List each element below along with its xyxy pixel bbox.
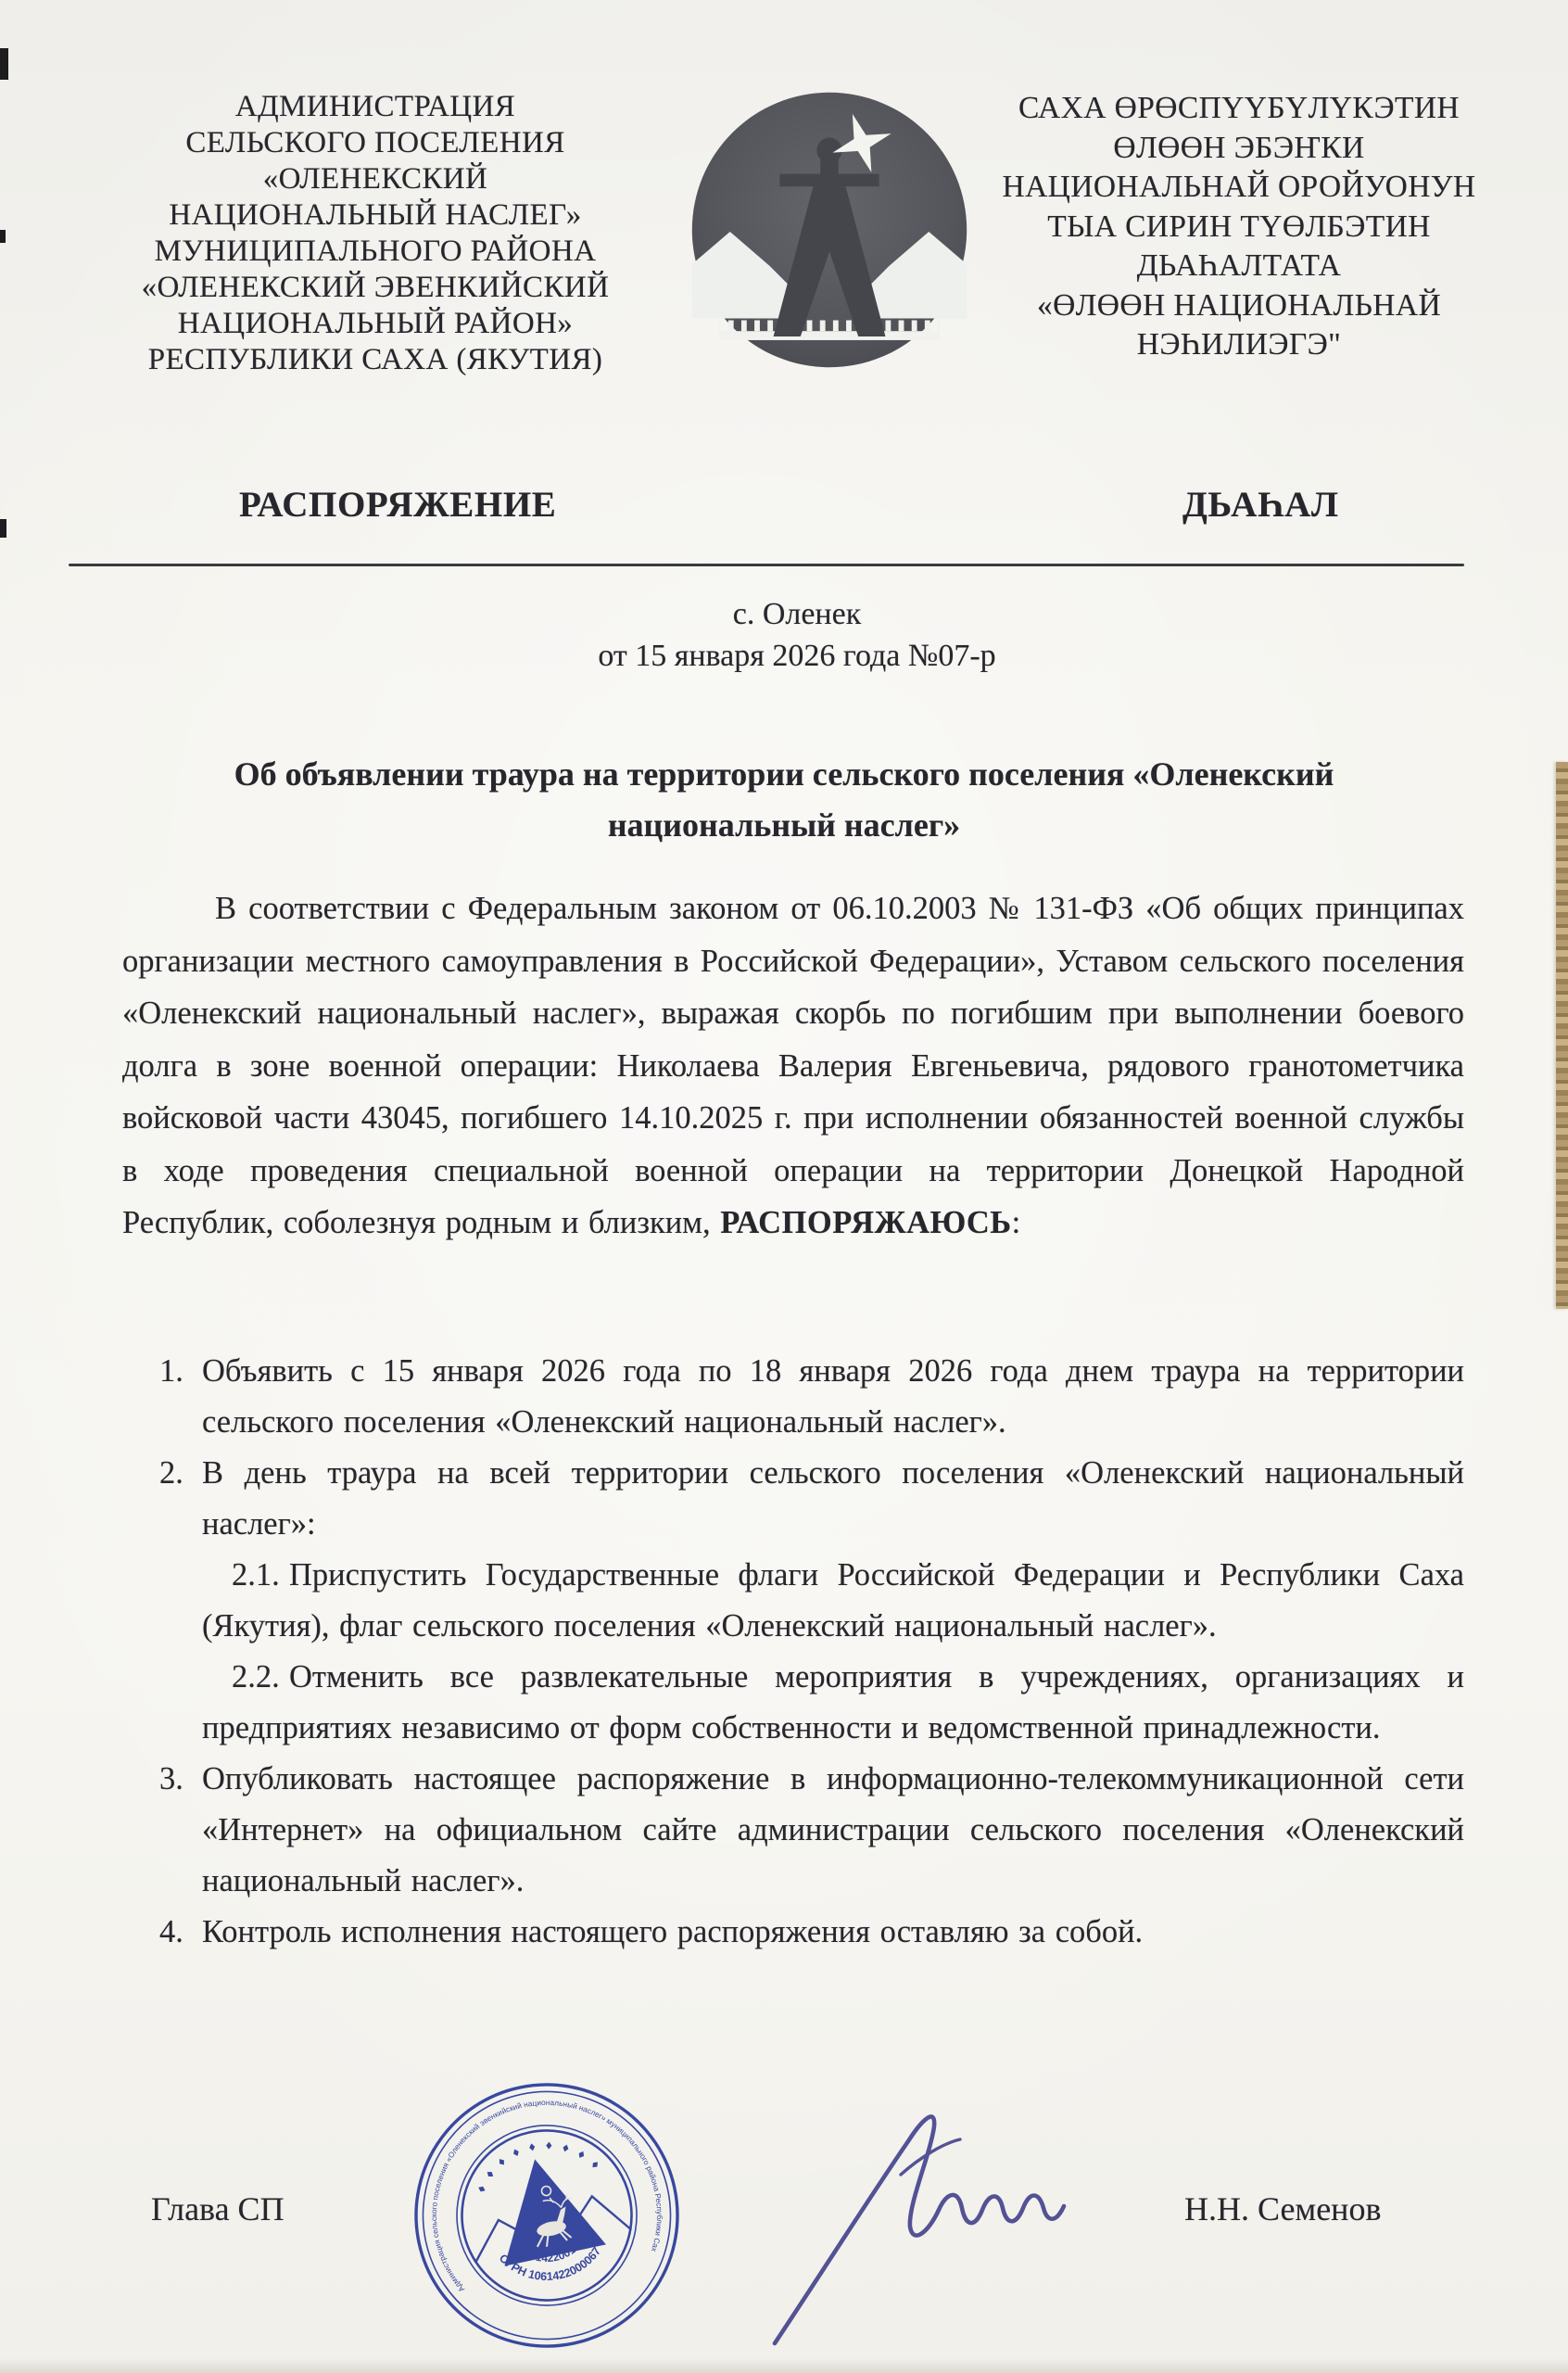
directive-number: 1. bbox=[159, 1346, 183, 1397]
body-paragraph: В соответствии с Федеральным законом от … bbox=[122, 882, 1464, 1250]
scanned-document-page: АДМИНИСТРАЦИЯ СЕЛЬСКОГО ПОСЕЛЕНИЯ «ОЛЕНЕ… bbox=[0, 0, 1568, 2373]
subject-title: Об объявлении траура на территории сельс… bbox=[205, 749, 1363, 851]
doc-type-russian: РАСПОРЯЖЕНИЕ bbox=[239, 484, 556, 526]
directive-text: В день траура на всей территории сельско… bbox=[202, 1455, 1464, 1542]
date-number: от 15 января 2026 года №07-р bbox=[0, 635, 1568, 677]
signer-name: Н.Н. Семенов bbox=[1184, 2189, 1381, 2228]
directive-subitem: 2.1. Приспустить Государственные флаги Р… bbox=[122, 1550, 1464, 1652]
body-text: В соответствии с Федеральным законом от … bbox=[122, 891, 1464, 1240]
directive-text: Опубликовать настоящее распоряжение в ин… bbox=[202, 1761, 1464, 1898]
directives-list: 1. Объявить с 15 января 2026 года по 18 … bbox=[122, 1346, 1464, 1958]
org-name-russian: АДМИНИСТРАЦИЯ СЕЛЬСКОГО ПОСЕЛЕНИЯ «ОЛЕНЕ… bbox=[93, 89, 658, 378]
signer-position: Глава СП bbox=[151, 2189, 285, 2228]
org-name-sakha: САХА ӨРӨСПҮҮБҮЛҮКЭТИН ӨЛӨӨН ЭБЭҤКИ НАЦИО… bbox=[975, 89, 1503, 365]
scan-speck bbox=[0, 230, 6, 243]
directive-text: Объявить с 15 января 2026 года по 18 янв… bbox=[202, 1353, 1464, 1440]
official-round-stamp: Администрация сельского поселения «Олене… bbox=[397, 2065, 697, 2366]
directive-subitem: 2.2. Отменить все развлекательные меропр… bbox=[122, 1652, 1464, 1754]
page-bottom-shadow bbox=[0, 2358, 1568, 2373]
directive-number: 2.2. bbox=[145, 1652, 280, 1703]
place: с. Оленек bbox=[0, 593, 1568, 635]
place-date-block: с. Оленек от 15 января 2026 года №07-р bbox=[0, 593, 1568, 677]
scan-speck bbox=[0, 48, 8, 80]
directive-text: Отменить все развлекательные мероприятия… bbox=[202, 1659, 1464, 1745]
comb-teeth bbox=[719, 321, 940, 332]
stamp-center-emblem bbox=[457, 2142, 633, 2271]
doc-type-sakha: ДЬАҺАЛ bbox=[1182, 484, 1339, 526]
page-edge-texture bbox=[1556, 762, 1568, 1309]
body-text-after: : bbox=[1012, 1205, 1021, 1240]
body-emphasis: РАСПОРЯЖАЮСЬ bbox=[720, 1205, 1011, 1240]
directive-item: 3. Опубликовать настоящее распоряжение в… bbox=[122, 1754, 1464, 1907]
handwritten-signature bbox=[762, 2086, 1132, 2354]
settlement-emblem-icon bbox=[685, 85, 974, 374]
directive-number: 2. bbox=[159, 1448, 183, 1499]
directive-text: Приспустить Государственные флаги Россий… bbox=[202, 1557, 1464, 1643]
directive-item: 1. Объявить с 15 января 2026 года по 18 … bbox=[122, 1346, 1464, 1448]
header-divider bbox=[69, 564, 1464, 566]
directive-text: Контроль исполнения настоящего распоряже… bbox=[202, 1914, 1143, 1949]
scan-speck bbox=[0, 519, 6, 538]
directive-number: 4. bbox=[159, 1907, 183, 1958]
directive-item: 2. В день траура на всей территории сель… bbox=[122, 1448, 1464, 1550]
directive-item: 4. Контроль исполнения настоящего распор… bbox=[122, 1907, 1464, 1958]
directive-number: 2.1. bbox=[145, 1550, 280, 1601]
comb-band bbox=[719, 331, 940, 340]
directive-number: 3. bbox=[159, 1754, 183, 1805]
